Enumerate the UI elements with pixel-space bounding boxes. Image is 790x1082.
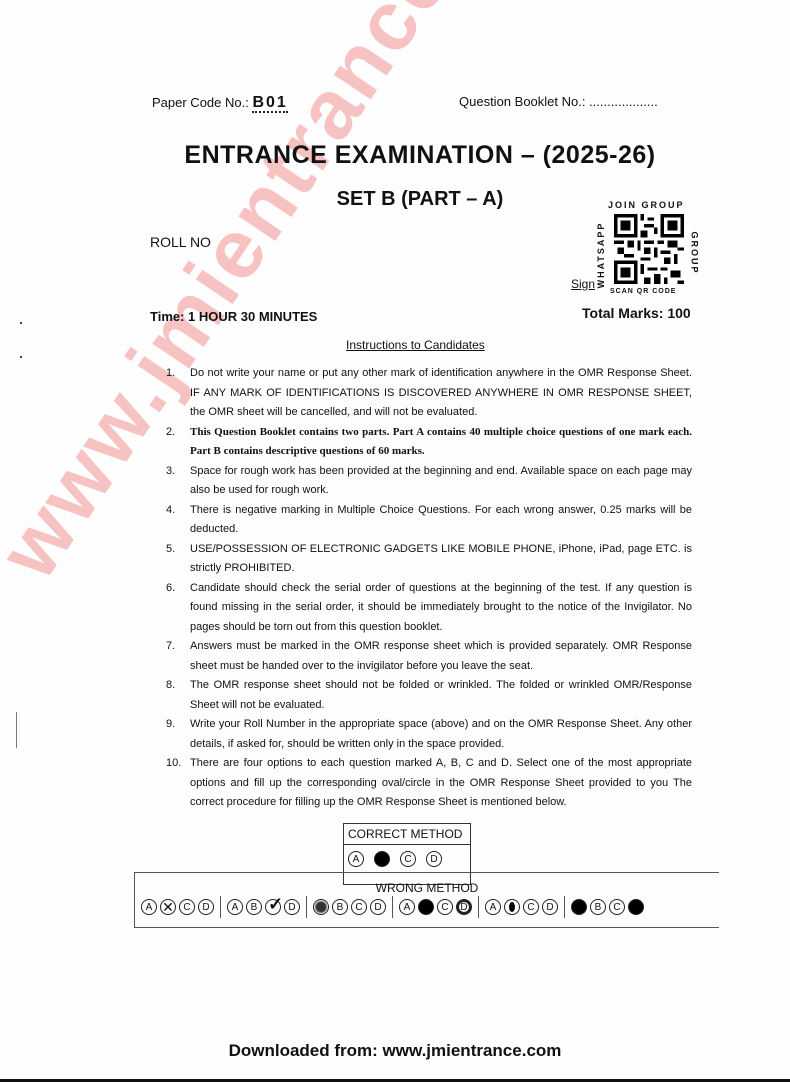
bubble-icon: C (609, 899, 625, 915)
exam-duration: Time: 1 HOUR 30 MINUTES (150, 309, 317, 324)
instructions-list: 1.Do not write your name or put any othe… (166, 364, 692, 813)
scan-mark (16, 712, 17, 748)
item-text: Candidate should check the serial order … (190, 579, 692, 638)
item-text: The OMR response sheet should not be fol… (190, 676, 692, 715)
item-number: 4. (166, 501, 190, 540)
instruction-item: 3.Space for rough work has been provided… (166, 462, 692, 501)
total-marks: Total Marks: 100 (582, 305, 691, 321)
exam-title: ENTRANCE EXAMINATION – (2025-26) (0, 141, 790, 170)
wrong-example-multiple: B C (565, 896, 650, 918)
item-text: Answers must be marked in the OMR respon… (190, 637, 692, 676)
instruction-item: 9.Write your Roll Number in the appropri… (166, 715, 692, 754)
bubble-icon: D (198, 899, 214, 915)
bubble-a-icon: A (348, 851, 364, 867)
bubble-crossed-icon (160, 899, 176, 915)
instruction-item: 8.The OMR response sheet should not be f… (166, 676, 692, 715)
bubble-icon: A (141, 899, 157, 915)
scan-speck (20, 322, 22, 324)
bubble-icon: D (370, 899, 386, 915)
wrong-example-partial: A C D (479, 896, 565, 918)
item-number: 5. (166, 540, 190, 579)
qr-top-text: JOIN GROUP (608, 200, 685, 210)
item-number: 1. (166, 364, 190, 423)
wrong-example-cross: A C D (135, 896, 221, 918)
paper-code: Paper Code No.: B01 (152, 94, 288, 112)
instruction-item: 6.Candidate should check the serial orde… (166, 579, 692, 638)
correct-method-label: CORRECT METHOD (344, 824, 470, 845)
bubble-icon: C (523, 899, 539, 915)
item-text: USE/POSSESSION OF ELECTRONIC GADGETS LIK… (190, 540, 692, 579)
bubble-icon: A (227, 899, 243, 915)
item-number: 2. (166, 423, 190, 462)
bubble-icon: C (437, 899, 453, 915)
whatsapp-qr-block: JOIN GROUP WHATSAPP GROUP SCAN QR CODE (594, 200, 704, 298)
bubble-d-icon: D (426, 851, 442, 867)
qr-right-text: GROUP (689, 231, 699, 274)
bubble-c-icon: C (400, 851, 416, 867)
roll-no-label: ROLL NO (150, 234, 211, 250)
wrong-method-box: WRONG METHOD A C D A B D B C D A C D A (134, 872, 719, 928)
bubble-thick-outline-icon: D (456, 899, 472, 915)
wrong-example-tick: A B D (221, 896, 307, 918)
item-number: 7. (166, 637, 190, 676)
bubble-icon: B (246, 899, 262, 915)
wrong-example-bold-outline: A C D (393, 896, 479, 918)
item-text: Space for rough work has been provided a… (190, 462, 692, 501)
item-number: 3. (166, 462, 190, 501)
bubble-icon: B (332, 899, 348, 915)
scan-speck (20, 356, 22, 358)
item-text: There are four options to each question … (190, 754, 692, 813)
qr-code-icon (614, 214, 684, 284)
item-text: This Question Booklet contains two parts… (190, 423, 692, 462)
instruction-item: 7.Answers must be marked in the OMR resp… (166, 637, 692, 676)
instruction-item: 2.This Question Booklet contains two par… (166, 423, 692, 462)
qr-bottom-text: SCAN QR CODE (610, 288, 676, 295)
item-number: 9. (166, 715, 190, 754)
bubble-icon: D (542, 899, 558, 915)
signature-label: Sign (571, 277, 595, 291)
instruction-item: 5.USE/POSSESSION OF ELECTRONIC GADGETS L… (166, 540, 692, 579)
bubble-icon: A (485, 899, 501, 915)
instruction-item: 1.Do not write your name or put any othe… (166, 364, 692, 423)
bubble-filled-icon (374, 851, 390, 867)
bubble-filled-icon (628, 899, 644, 915)
bubble-filled-icon (418, 899, 434, 915)
bubble-partial-fill-icon (504, 899, 520, 915)
bubble-ticked-icon (265, 899, 281, 915)
paper-code-value: B01 (252, 94, 287, 113)
instruction-item: 10.There are four options to each questi… (166, 754, 692, 813)
item-number: 10. (166, 754, 190, 813)
wrong-example-scribble: B C D (307, 896, 393, 918)
bubble-icon: C (351, 899, 367, 915)
item-text: Do not write your name or put any other … (190, 364, 692, 423)
item-text: There is negative marking in Multiple Ch… (190, 501, 692, 540)
bubble-icon: A (399, 899, 415, 915)
question-booklet-number: Question Booklet No.: ..................… (459, 94, 658, 109)
bubble-icon: C (179, 899, 195, 915)
wrong-method-label: WRONG METHOD (135, 881, 719, 895)
instruction-item: 4.There is negative marking in Multiple … (166, 501, 692, 540)
item-number: 6. (166, 579, 190, 638)
bubble-icon: B (590, 899, 606, 915)
bubble-filled-icon (571, 899, 587, 915)
item-text: Write your Roll Number in the appropriat… (190, 715, 692, 754)
instructions-heading: Instructions to Candidates (346, 338, 485, 352)
bubble-scribbled-icon (313, 899, 329, 915)
bubble-icon: D (284, 899, 300, 915)
paper-code-label: Paper Code No.: (152, 95, 249, 110)
item-number: 8. (166, 676, 190, 715)
qr-left-text: WHATSAPP (596, 220, 606, 290)
download-footer: Downloaded from: www.jmientrance.com (0, 1041, 790, 1061)
